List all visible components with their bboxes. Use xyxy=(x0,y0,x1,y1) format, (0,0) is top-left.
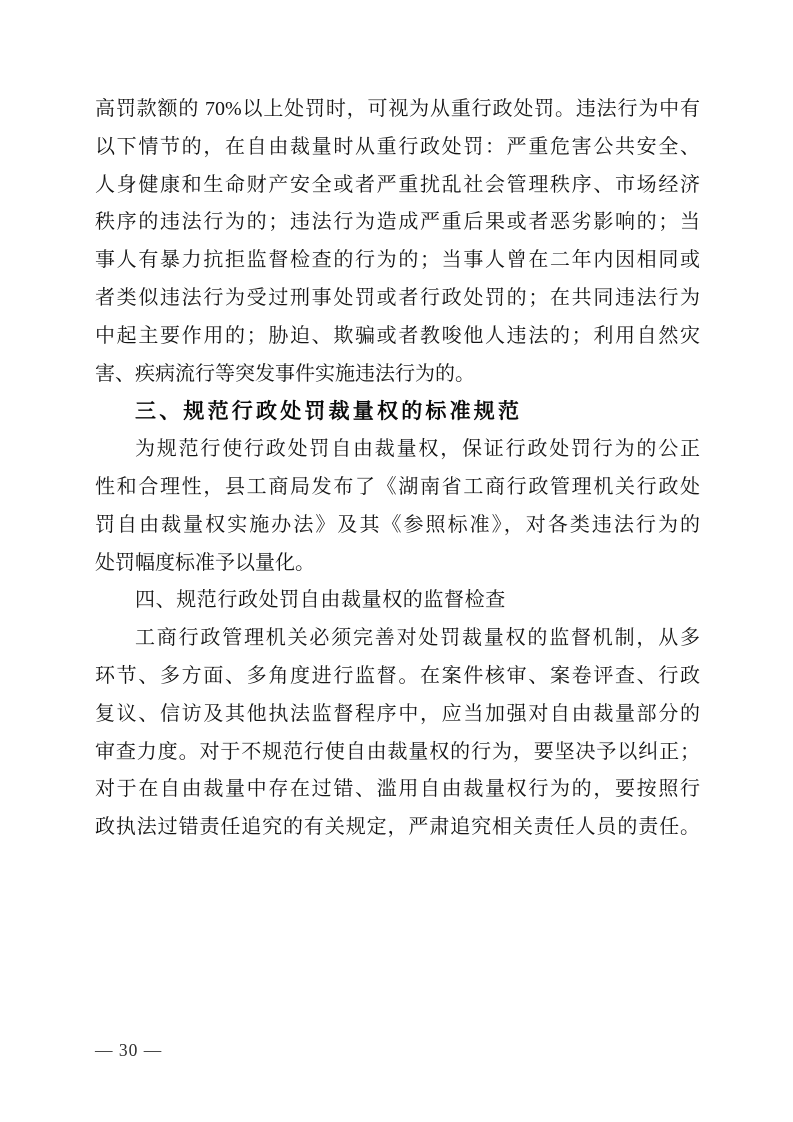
heading-section-3: 三、规范行政处罚裁量权的标准规范 xyxy=(95,393,700,431)
document-body: 高罚款额的 70%以上处罚时，可视为从重行政处罚。违法行为中有以下情节的，在自由… xyxy=(95,91,700,847)
paragraph-standard-rules: 为规范行使行政处罚自由裁量权，保证行政处罚行为的公正性和合理性，县工商局发布了《… xyxy=(95,431,700,582)
text-line: 害、疾病流行等突发事件实施违法行为的。 xyxy=(95,356,700,394)
paragraph-aggravated-penalty: 高罚款额的 70%以上处罚时，可视为从重行政处罚。违法行为中有以下情节的，在自由… xyxy=(95,91,700,393)
document-page: 高罚款额的 70%以上处罚时，可视为从重行政处罚。违法行为中有以下情节的，在自由… xyxy=(0,0,793,1122)
text-line: 复议、信访及其他执法监督程序中，应当加强对自由裁量部分的 xyxy=(95,696,700,734)
paragraph-supervision-check: 工商行政管理机关必须完善对处罚裁量权的监督机制，从多环节、多方面、多角度进行监督… xyxy=(95,620,700,847)
page-footer: — 30 — xyxy=(95,1040,162,1060)
text-line: 环节、多方面、多角度进行监督。在案件核审、案卷评查、行政 xyxy=(95,658,700,696)
text-line: 以下情节的，在自由裁量时从重行政处罚：严重危害公共安全、 xyxy=(95,129,700,167)
text-line: 者类似违法行为受过刑事处罚或者行政处罚的；在共同违法行为 xyxy=(95,280,700,318)
text-line: 事人有暴力抗拒监督检查的行为的；当事人曾在二年内因相同或 xyxy=(95,242,700,280)
text-line: 工商行政管理机关必须完善对处罚裁量权的监督机制，从多 xyxy=(95,620,700,658)
text-line: 审查力度。对于不规范行使自由裁量权的行为，要坚决予以纠正； xyxy=(95,734,700,772)
text-line: 性和合理性，县工商局发布了《湖南省工商行政管理机关行政处 xyxy=(95,469,700,507)
text-line: 为规范行使行政处罚自由裁量权，保证行政处罚行为的公正 xyxy=(95,431,700,469)
text-line: 罚自由裁量权实施办法》及其《参照标准》，对各类违法行为的 xyxy=(95,507,700,545)
section-heading: 三、规范行政处罚裁量权的标准规范 xyxy=(95,393,700,431)
text-line: 处罚幅度标准予以量化。 xyxy=(95,545,700,583)
text-line: 中起主要作用的；胁迫、欺骗或者教唆他人违法的；利用自然灾 xyxy=(95,318,700,356)
page-number: — 30 — xyxy=(95,1040,162,1060)
text-line: 政执法过错责任追究的有关规定，严肃追究相关责任人员的责任。 xyxy=(95,809,700,847)
section-heading: 四、规范行政处罚自由裁量权的监督检查 xyxy=(95,582,700,620)
text-line: 高罚款额的 70%以上处罚时，可视为从重行政处罚。违法行为中有 xyxy=(95,91,700,129)
text-line: 秩序的违法行为的；违法行为造成严重后果或者恶劣影响的；当 xyxy=(95,204,700,242)
text-line: 对于在自由裁量中存在过错、滥用自由裁量权行为的，要按照行 xyxy=(95,771,700,809)
text-line: 人身健康和生命财产安全或者严重扰乱社会管理秩序、市场经济 xyxy=(95,167,700,205)
heading-section-4: 四、规范行政处罚自由裁量权的监督检查 xyxy=(95,582,700,620)
